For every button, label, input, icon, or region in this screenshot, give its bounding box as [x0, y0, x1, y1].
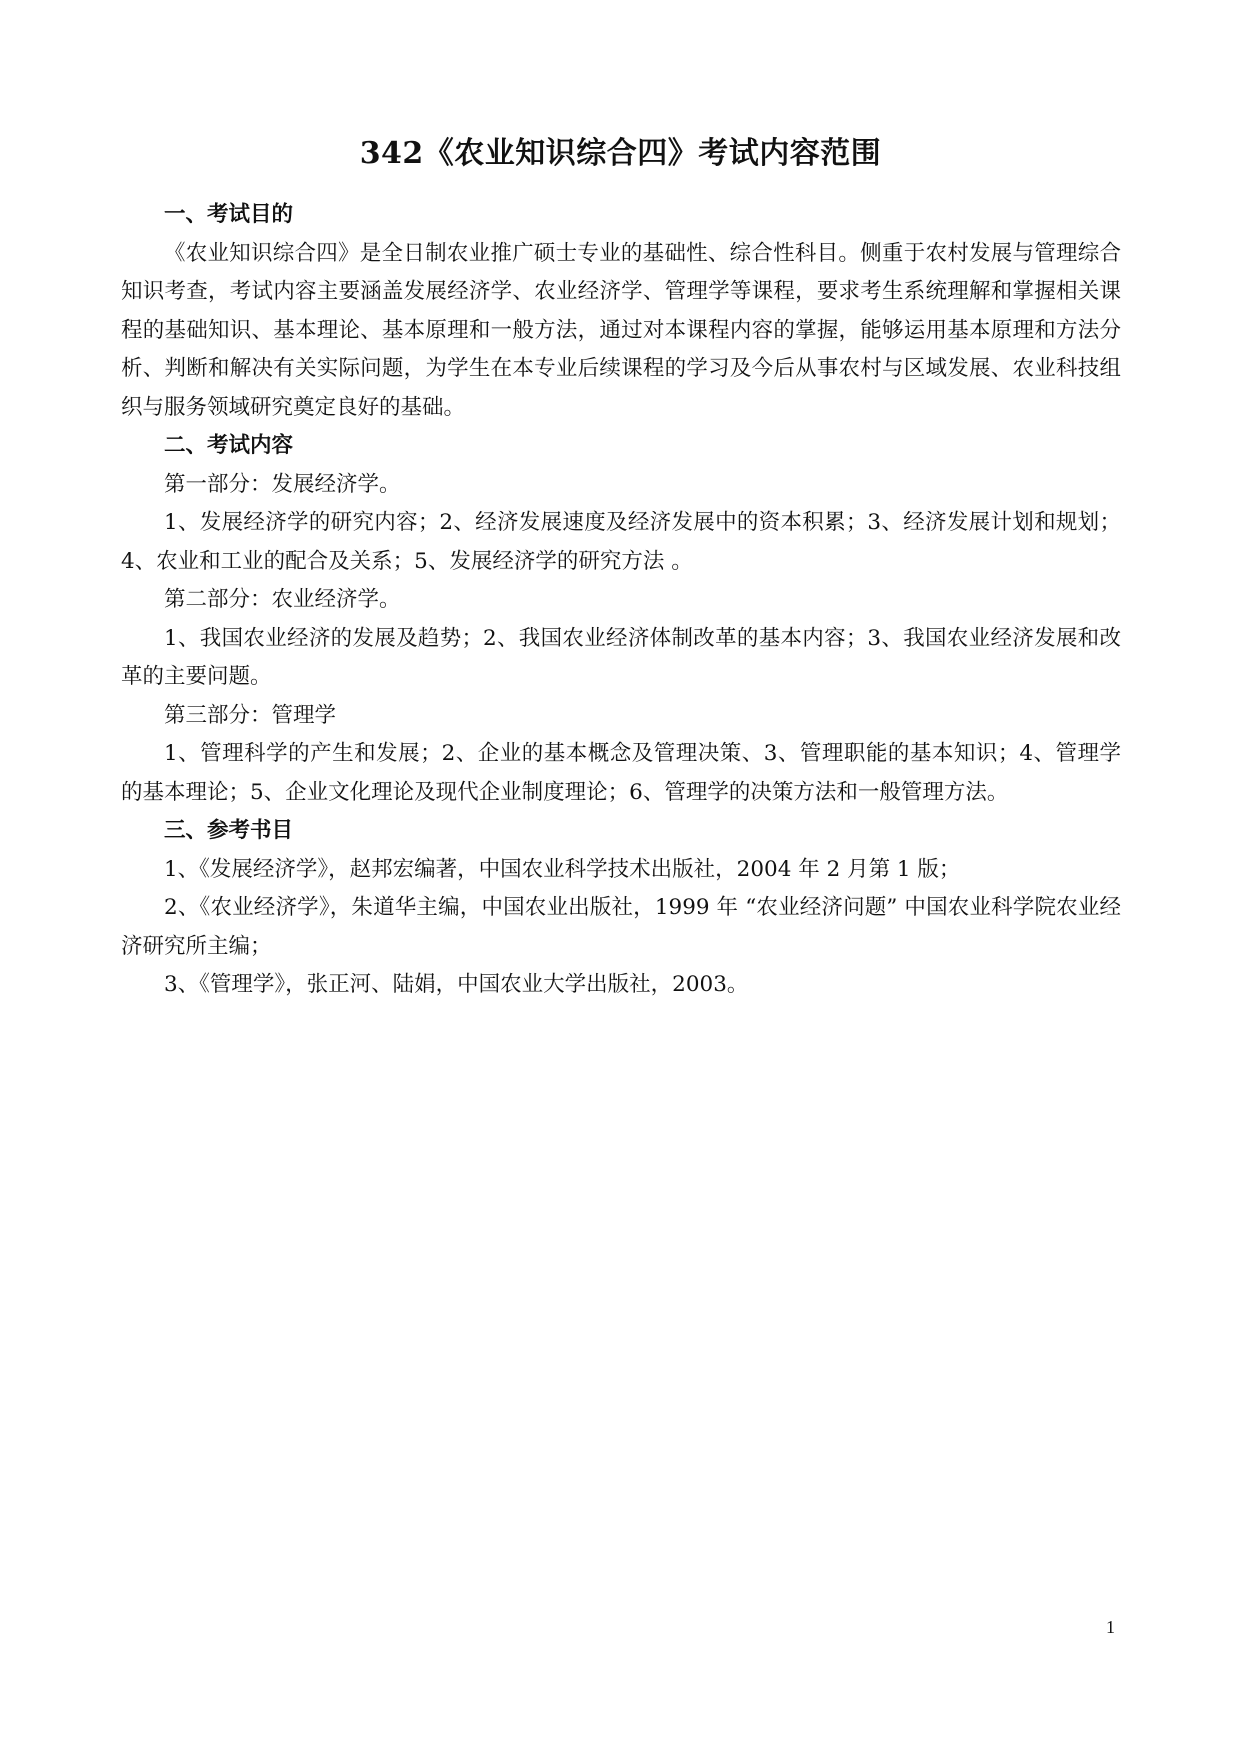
- document-title: 342《农业知识综合四》考试内容范围: [0, 128, 1241, 172]
- document-body: 一、考试目的 《农业知识综合四》是全日制农业推广硕士专业的基础性、综合性科目。侧…: [121, 196, 1121, 1005]
- reference-item: 3、《管理学》，张正河、陆娟，中国农业大学出版社，2003。: [121, 966, 1121, 1005]
- section-heading: 一、考试目的: [121, 196, 1121, 235]
- section-references: 三、参考书目 1、《发展经济学》，赵邦宏编著，中国农业科学技术出版社，2004 …: [121, 812, 1121, 1005]
- document-page: 342《农业知识综合四》考试内容范围 一、考试目的 《农业知识综合四》是全日制农…: [0, 0, 1241, 1754]
- section-exam-purpose: 一、考试目的 《农业知识综合四》是全日制农业推广硕士专业的基础性、综合性科目。侧…: [121, 196, 1121, 427]
- paragraph: 1、我国农业经济的发展及趋势；2、我国农业经济体制改革的基本内容；3、我国农业经…: [121, 620, 1121, 697]
- section-exam-content: 二、考试内容 第一部分：发展经济学。 1、发展经济学的研究内容；2、经济发展速度…: [121, 427, 1121, 812]
- part-heading: 第三部分：管理学: [121, 697, 1121, 736]
- reference-item: 2、《农业经济学》，朱道华主编，中国农业出版社，1999 年 “农业经济问题” …: [121, 889, 1121, 966]
- paragraph: 《农业知识综合四》是全日制农业推广硕士专业的基础性、综合性科目。侧重于农村发展与…: [121, 235, 1121, 428]
- part-heading: 第二部分：农业经济学。: [121, 581, 1121, 620]
- section-heading: 三、参考书目: [121, 812, 1121, 851]
- page-number: 1: [1106, 1617, 1115, 1638]
- paragraph: 1、管理科学的产生和发展；2、企业的基本概念及管理决策、3、管理职能的基本知识；…: [121, 735, 1121, 812]
- reference-item: 1、《发展经济学》，赵邦宏编著，中国农业科学技术出版社，2004 年 2 月第 …: [121, 851, 1121, 890]
- section-heading: 二、考试内容: [121, 427, 1121, 466]
- paragraph: 1、发展经济学的研究内容；2、经济发展速度及经济发展中的资本积累；3、经济发展计…: [121, 504, 1121, 581]
- part-heading: 第一部分：发展经济学。: [121, 466, 1121, 505]
